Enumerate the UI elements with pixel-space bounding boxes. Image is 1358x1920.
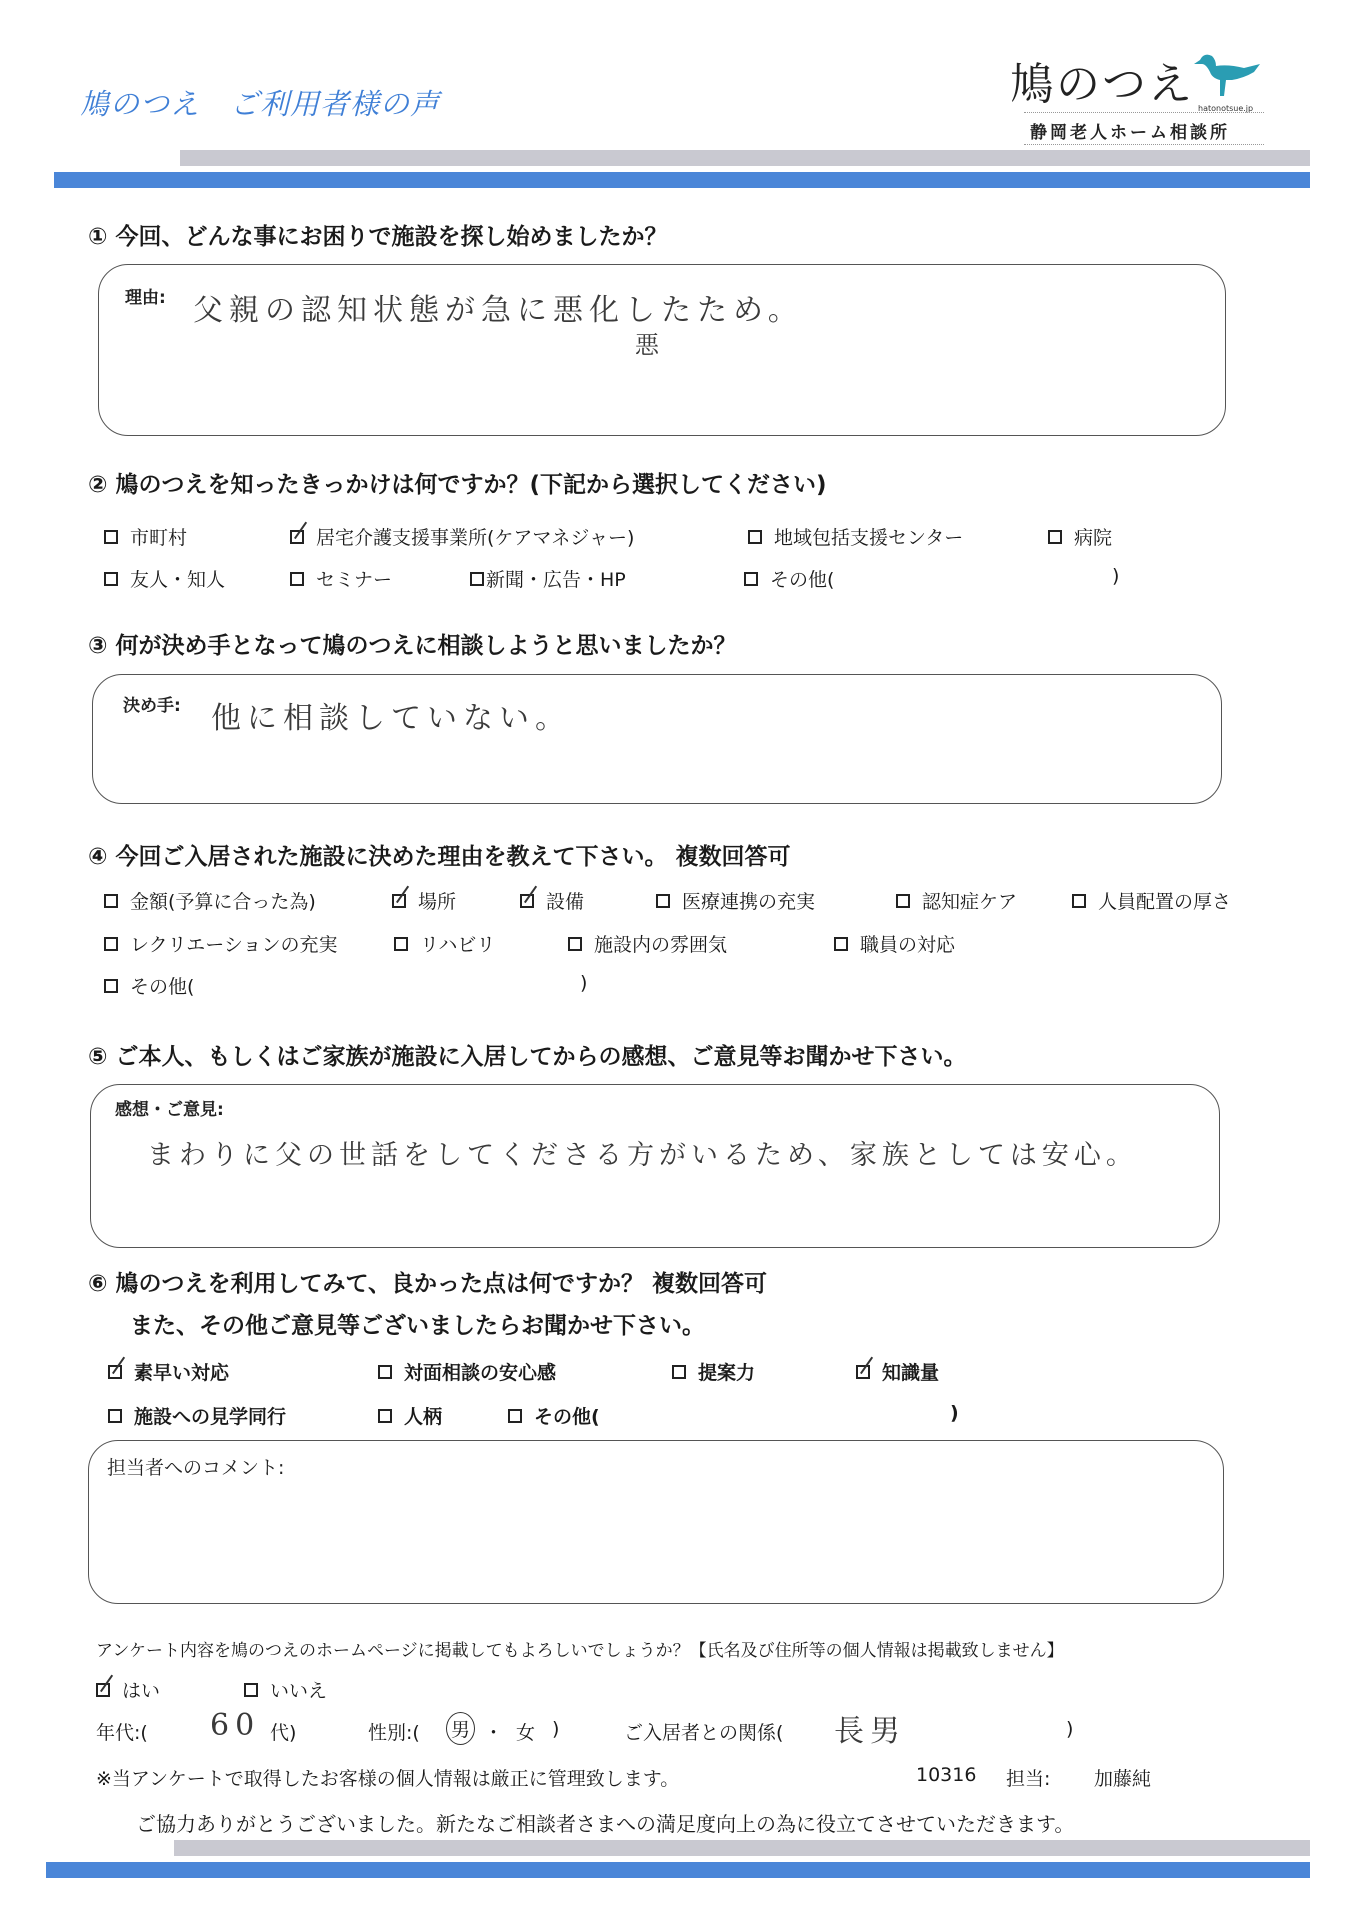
q4-option-other[interactable]: その他( — [104, 972, 194, 999]
checkbox[interactable] — [104, 572, 118, 586]
q2-option-media[interactable]: 新聞・広告・HP — [470, 565, 626, 592]
document-title: 鳩のつえ ご利用者様の声 — [80, 82, 440, 123]
checkbox-checked[interactable] — [96, 1683, 110, 1697]
feedback-label: 感想・ご意見: — [115, 1095, 224, 1120]
question-1-answer-box[interactable]: 理由: 父親の認知状態が急に悪化したため。 悪 — [98, 264, 1226, 436]
header-bar-blue — [54, 172, 1310, 188]
q2-option-municipality[interactable]: 市町村 — [104, 523, 187, 550]
q4-option-recreation[interactable]: レクリエーションの充実 — [104, 930, 337, 957]
q2-option-seminar[interactable]: セミナー — [290, 565, 392, 592]
age-suffix: 代) — [270, 1718, 296, 1745]
checkbox[interactable] — [290, 572, 304, 586]
checkbox[interactable] — [744, 572, 758, 586]
staff-name: 加藤純 — [1094, 1764, 1151, 1791]
gender-label: 性別:( — [368, 1718, 420, 1745]
gender-male-selected[interactable]: 男 — [446, 1712, 475, 1745]
checkbox[interactable] — [394, 937, 408, 951]
q4-option-medical[interactable]: 医療連携の充実 — [656, 887, 815, 914]
deciding-factor-label: 決め手: — [123, 691, 181, 716]
question-5-title: ⑤ ご本人、もしくはご家族が施設に入居してからの感想、ご意見等お聞かせ下さい。 — [88, 1038, 966, 1071]
checkbox[interactable] — [672, 1365, 686, 1379]
logo-subtitle: 静岡老人ホーム相談所 — [1030, 118, 1230, 143]
checkbox[interactable] — [104, 937, 118, 951]
question-3-answer-box[interactable]: 決め手: 他に相談していない。 — [92, 674, 1222, 804]
publish-question: アンケート内容を鳩のつえのホームページに掲載してもよろしいでしょうか？【氏名及び… — [96, 1636, 1064, 1661]
footer-bar-gray — [174, 1840, 1310, 1856]
question-6-subtitle: また、その他ご意見等ございましたらお聞かせ下さい。 — [130, 1307, 705, 1340]
staff-comment-box[interactable]: 担当者へのコメント: — [88, 1440, 1224, 1604]
checkbox-checked[interactable] — [290, 530, 304, 544]
reason-correction: 悪 — [635, 325, 665, 360]
dove-icon — [1192, 50, 1262, 100]
checkbox[interactable] — [244, 1683, 258, 1697]
q6-option-tour[interactable]: 施設への見学同行 — [108, 1402, 286, 1429]
q6-other-close: ) — [950, 1402, 959, 1424]
checkbox-checked[interactable] — [108, 1365, 122, 1379]
question-4-title: ④ 今回ご入居された施設に決めた理由を教えて下さい。 複数回答可 — [88, 838, 791, 871]
checkbox[interactable] — [104, 894, 118, 908]
q4-option-staff-response[interactable]: 職員の対応 — [834, 930, 955, 957]
checkbox[interactable] — [108, 1409, 122, 1423]
logo-divider — [1024, 112, 1264, 113]
q4-option-atmosphere[interactable]: 施設内の雰囲気 — [568, 930, 727, 957]
checkbox[interactable] — [378, 1409, 392, 1423]
checkbox[interactable] — [104, 530, 118, 544]
thanks-message: ご協力ありがとうございました。新たなご相談者さまへの満足度向上の為に役立てさせて… — [136, 1808, 1074, 1837]
checkbox[interactable] — [470, 572, 484, 586]
age-value[interactable]: 60 — [210, 1708, 260, 1743]
question-5-answer-box[interactable]: 感想・ご意見: まわりに父の世話をしてくださる方がいるため、家族としては安心。 — [90, 1084, 1220, 1248]
checkbox[interactable] — [748, 530, 762, 544]
checkbox[interactable] — [104, 979, 118, 993]
deciding-factor-answer: 他に相談していない。 — [211, 693, 571, 737]
privacy-note: ※当アンケートで取得したお客様の個人情報は厳正に管理致します。 — [96, 1764, 679, 1791]
publish-no[interactable]: いいえ — [244, 1676, 327, 1703]
gender-close: ) — [552, 1718, 559, 1740]
question-1-title: ① 今回、どんな事にお困りで施設を探し始めましたか？ — [88, 218, 667, 251]
checkbox[interactable] — [568, 937, 582, 951]
checkbox[interactable] — [896, 894, 910, 908]
brand-logo: 鳩のつえ hatonotsue.jp 静岡老人ホーム相談所 — [1010, 48, 1270, 148]
checkbox[interactable] — [656, 894, 670, 908]
q6-option-in-person[interactable]: 対面相談の安心感 — [378, 1358, 556, 1385]
checkbox[interactable] — [378, 1365, 392, 1379]
q2-option-care-manager[interactable]: 居宅介護支援事業所(ケアマネジャー) — [290, 523, 634, 550]
q6-option-personality[interactable]: 人柄 — [378, 1402, 442, 1429]
reason-answer: 父親の認知状態が急に悪化したため。 — [193, 285, 804, 329]
q2-option-hospital[interactable]: 病院 — [1048, 523, 1112, 550]
q2-option-friend[interactable]: 友人・知人 — [104, 565, 225, 592]
q2-option-other[interactable]: その他( — [744, 565, 834, 592]
q6-option-proposal[interactable]: 提案力 — [672, 1358, 755, 1385]
q6-option-quick-response[interactable]: 素早い対応 — [108, 1358, 229, 1385]
q4-option-rehab[interactable]: リハビリ — [394, 930, 495, 957]
q6-option-other[interactable]: その他( — [508, 1402, 600, 1429]
checkbox[interactable] — [834, 937, 848, 951]
q6-option-knowledge[interactable]: 知識量 — [856, 1358, 939, 1385]
checkbox[interactable] — [508, 1409, 522, 1423]
logo-divider — [1024, 144, 1264, 145]
question-6-title: ⑥ 鳩のつえを利用してみて、良かった点は何ですか？ 複数回答可 — [88, 1265, 767, 1298]
survey-id: 10316 — [916, 1764, 976, 1786]
gender-separator: ・ — [484, 1718, 503, 1745]
q4-option-staffing[interactable]: 人員配置の厚さ — [1072, 887, 1231, 914]
checkbox-checked[interactable] — [856, 1365, 870, 1379]
reason-label: 理由: — [125, 283, 166, 308]
question-3-title: ③ 何が決め手となって鳩のつえに相談しようと思いましたか？ — [88, 627, 736, 660]
logo-name: 鳩のつえ — [1010, 48, 1194, 112]
staff-label: 担当: — [1006, 1764, 1050, 1791]
staff-comment-label: 担当者へのコメント: — [107, 1453, 284, 1480]
relation-label: ご入居者との関係( — [624, 1718, 783, 1745]
checkbox[interactable] — [1048, 530, 1062, 544]
checkbox-checked[interactable] — [520, 894, 534, 908]
relation-value[interactable]: 長男 — [834, 1706, 906, 1750]
q4-option-facilities[interactable]: 設備 — [520, 887, 584, 914]
checkbox[interactable] — [1072, 894, 1086, 908]
gender-female[interactable]: 女 — [516, 1718, 535, 1745]
q4-option-location[interactable]: 場所 — [392, 887, 456, 914]
publish-yes[interactable]: はい — [96, 1676, 160, 1703]
relation-close: ) — [1066, 1718, 1073, 1740]
header-bar-gray — [180, 150, 1310, 166]
q2-other-close: ) — [1112, 565, 1119, 587]
q2-option-community-center[interactable]: 地域包括支援センター — [748, 523, 963, 550]
question-2-title: ② 鳩のつえを知ったきっかけは何ですか？(下記から選択してください) — [88, 466, 827, 499]
q4-other-close: ) — [580, 972, 587, 994]
footer-bar-blue — [46, 1862, 1310, 1878]
q4-option-price[interactable]: 金額(予算に合った為) — [104, 887, 316, 914]
feedback-answer: まわりに父の世話をしてくださる方がいるため、家族としては安心。 — [147, 1133, 1138, 1172]
q4-option-dementia-care[interactable]: 認知症ケア — [896, 887, 1017, 914]
checkbox-checked[interactable] — [392, 894, 406, 908]
age-label: 年代:( — [96, 1718, 148, 1745]
